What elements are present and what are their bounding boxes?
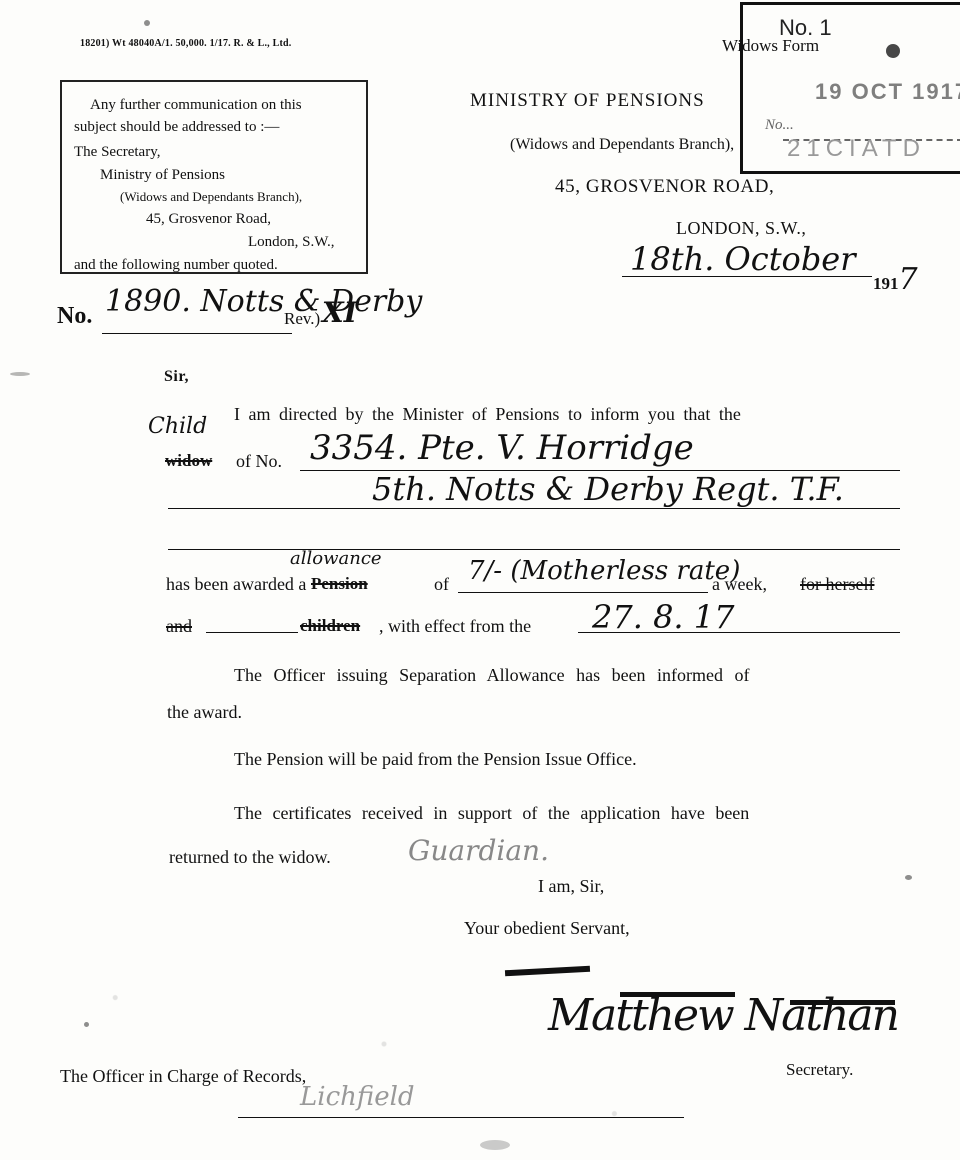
ink-speck (480, 1140, 510, 1150)
of-label: of (434, 574, 449, 595)
pension-paragraph: The Pension will be paid from the Pensio… (234, 749, 637, 770)
contact-line: London, S.W., (248, 231, 335, 254)
contact-line: Any further communication on this (90, 94, 302, 117)
ink-speck (886, 44, 900, 58)
closing-line-1: I am, Sir, (538, 876, 604, 897)
reference-number: 1890. Notts & Derby (105, 284, 422, 319)
ink-speck (905, 875, 912, 880)
received-stamp: No. 1 19 OCT 1917 No... 21CIATD (740, 2, 960, 174)
effect-date-handwritten: 27. 8. 17 (592, 598, 734, 636)
and-struck: and (166, 616, 192, 637)
unit-handwritten: 5th. Notts & Derby Regt. T.F. (372, 470, 844, 508)
contact-line: Ministry of Pensions (100, 164, 225, 187)
amount-handwritten: 7/- (Motherless rate) (468, 556, 740, 586)
year-prefix: 191 (873, 274, 899, 293)
ink-speck (10, 372, 30, 376)
soldier-handwritten: 3354. Pte. V. Horridge (310, 428, 694, 468)
intro-text: I am directed by the Minister of Pension… (234, 404, 741, 425)
returned-handwritten: Guardian. (408, 834, 549, 867)
stamp-no-label: No... (765, 117, 794, 134)
contact-line: The Secretary, (74, 141, 160, 164)
signature: Matthew Nathan (548, 990, 898, 1041)
award-struck: Pension (311, 574, 368, 594)
stamp-reference: 21CIATD (787, 135, 926, 163)
effect-label: , with effect from the (379, 616, 531, 637)
unit-rule (168, 508, 900, 509)
printer-imprint: 18201) Wt 48040A/1. 50,000. 1/17. R. & L… (80, 38, 291, 49)
year-printed: 1917 (873, 262, 918, 297)
officer-paragraph: The Officer issuing Separation Allowance… (234, 665, 750, 686)
branch-heading: (Widows and Dependants Branch), (510, 136, 734, 154)
ministry-heading: MINISTRY OF PENSIONS (470, 90, 705, 112)
contact-instructions-box: Any further communication on this subjec… (60, 80, 368, 274)
contact-line: and the following number quoted. (74, 254, 278, 277)
children-struck: children (300, 616, 360, 636)
contact-line: subject should be addressed to :— (74, 116, 279, 139)
addressee-label: The Officer in Charge of Records, (60, 1066, 306, 1087)
rev-label: Rev.) (284, 309, 320, 329)
officer-paragraph-cont: the award. (167, 702, 242, 723)
ink-speck (84, 1022, 89, 1027)
amount-rule (458, 592, 708, 593)
week-label: a week, (712, 574, 767, 595)
stamp-date: 19 OCT 1917 (815, 79, 960, 105)
herself-struck: for herself (800, 574, 874, 595)
award-handwritten: allowance (290, 548, 382, 569)
year-handwritten: 7 (899, 262, 918, 297)
children-count-rule (206, 632, 298, 633)
of-no-label: of No. (236, 451, 282, 472)
rev-number: XI (322, 296, 357, 329)
certificates-paragraph: The certificates received in support of … (234, 803, 749, 824)
contact-line: (Widows and Dependants Branch), (120, 186, 302, 209)
recipient-struck: widow (165, 451, 212, 471)
addressee-rule (238, 1117, 684, 1118)
returned-text: returned to the widow. (169, 847, 331, 868)
recipient-handwritten: Child (148, 414, 207, 439)
closing-line-2: Your obedient Servant, (464, 918, 630, 939)
ink-speck (144, 20, 150, 26)
contact-line: 45, Grosvenor Road, (146, 208, 271, 231)
stamp-number: No. 1 (779, 15, 832, 41)
city-address: LONDON, S.W., (676, 218, 806, 239)
salutation: Sir, (164, 368, 189, 386)
blank-rule (168, 549, 900, 550)
signature-stroke (505, 966, 590, 976)
reference-rule (102, 333, 292, 334)
date-rule (622, 276, 872, 277)
street-address: 45, GROSVENOR ROAD, (555, 176, 774, 198)
reference-label: No. (57, 303, 92, 330)
addressee-place: Lichfield (300, 1082, 415, 1112)
handwritten-date: 18th. October (630, 240, 856, 278)
secretary-title: Secretary. (786, 1060, 853, 1080)
awarded-prefix: has been awarded a (166, 574, 306, 595)
